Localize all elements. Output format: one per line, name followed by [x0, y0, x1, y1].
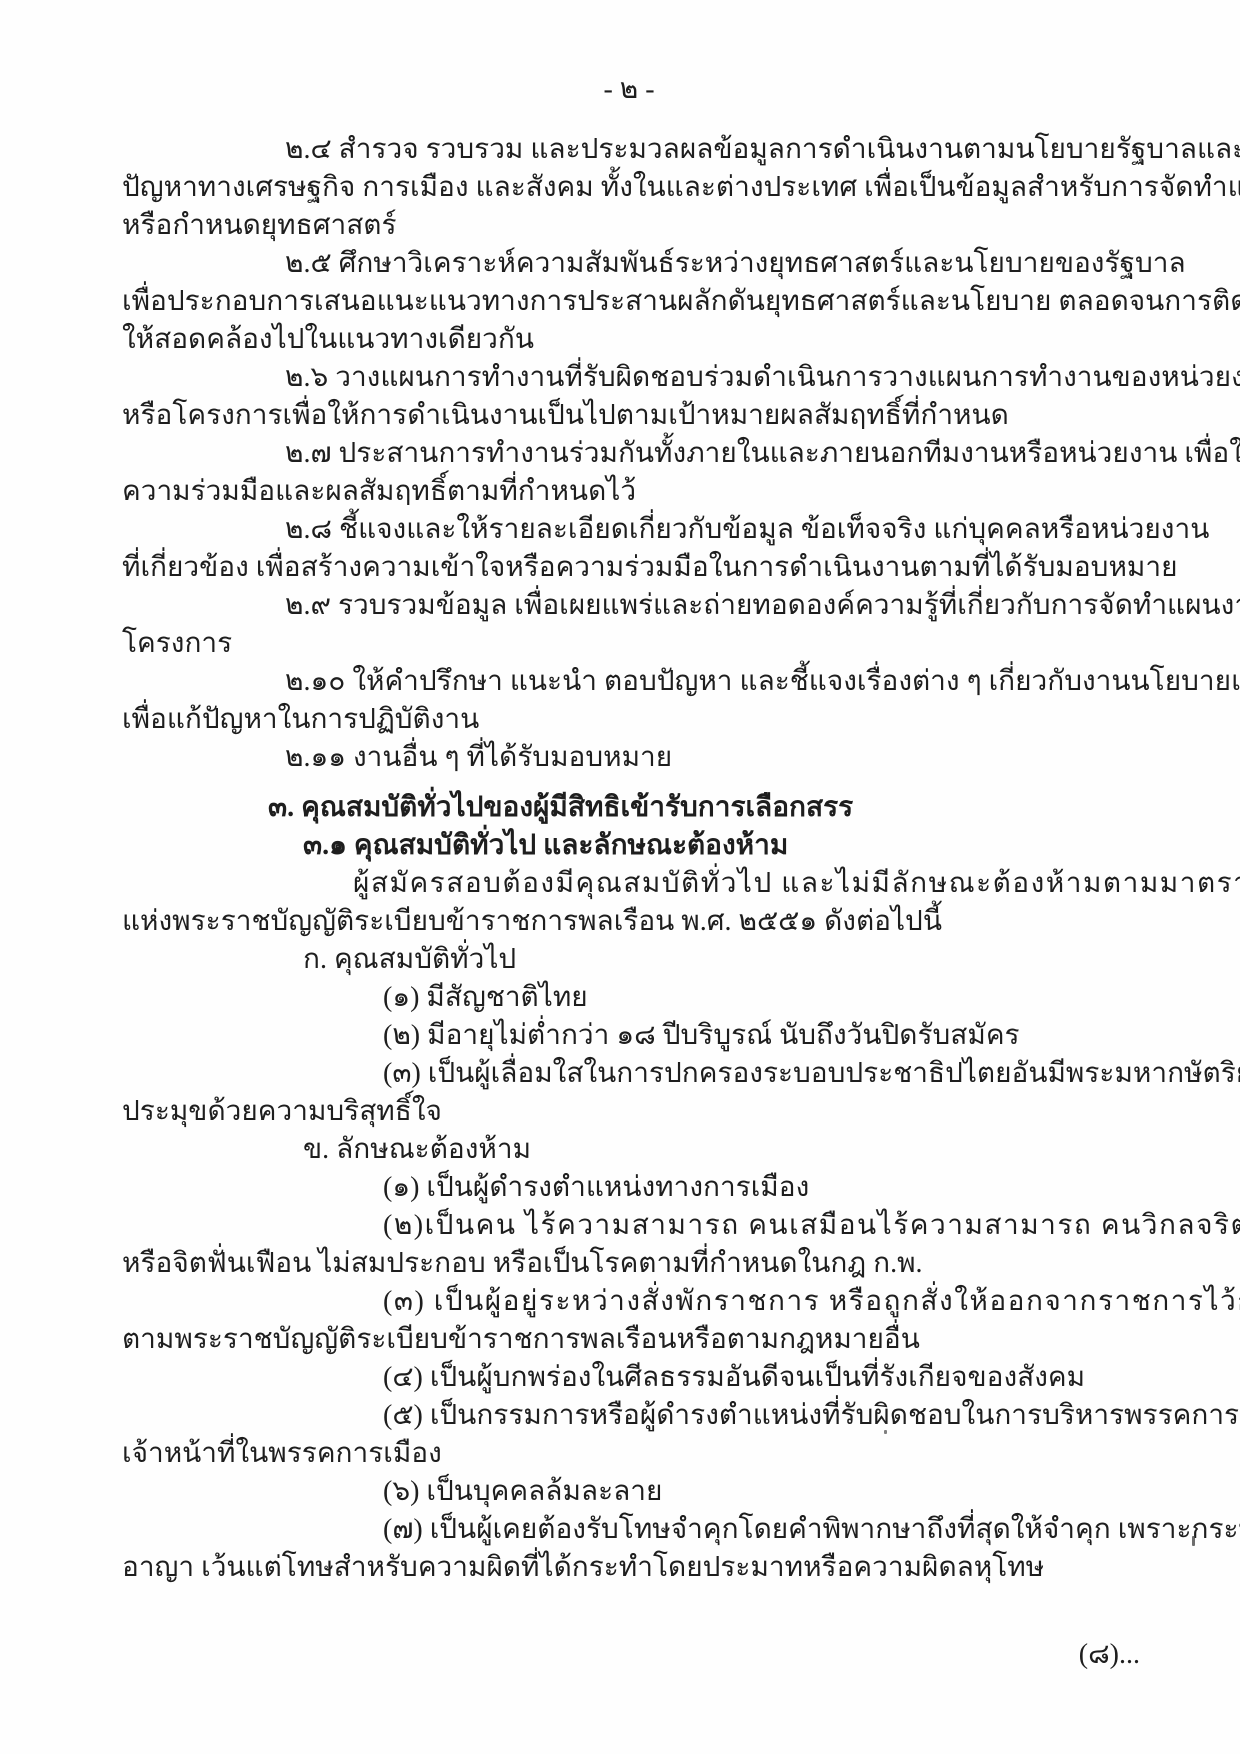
duty-item-2-11: ๒.๑๑ งานอื่น ๆ ที่ได้รับมอบหมาย — [122, 739, 1136, 777]
duty-item-2-10-line1: ๒.๑๐ ให้คำปรึกษา แนะนำ ตอบปัญหา และชี้แจ… — [122, 663, 1136, 701]
prohibited-item-5-line1: (๕) เป็นกรรมการหรือผู้ดำรงตำแหน่งที่รับผ… — [122, 1397, 1136, 1435]
page-continuation-marker: (๘)... — [1079, 1636, 1140, 1674]
section-3-heading: ๓. คุณสมบัติทั่วไปของผู้มีสิทธิเข้ารับกา… — [122, 789, 1136, 827]
duty-item-2-5-line2: เพื่อประกอบการเสนอแนะแนวทางการประสานผลัก… — [122, 283, 1136, 321]
duty-item-2-6-line1: ๒.๖ วางแผนการทำงานที่รับผิดชอบร่วมดำเนิน… — [122, 359, 1136, 397]
prohibited-item-7-line1: (๗) เป็นผู้เคยต้องรับโทษจำคุกโดยคำพิพากษ… — [122, 1511, 1136, 1549]
duty-item-2-9-line1: ๒.๙ รวบรวมข้อมูล เพื่อเผยแพร่และถ่ายทอดอ… — [122, 587, 1136, 625]
subsection-ko-heading: ก. คุณสมบัติทั่วไป — [122, 941, 1136, 979]
section-3-1-heading: ๓.๑ คุณสมบัติทั่วไป และลักษณะต้องห้าม — [122, 827, 1136, 865]
qualification-intro-line1: ผู้สมัครสอบต้องมีคุณสมบัติทั่วไป และไม่ม… — [122, 865, 1136, 903]
document-page: - ๒ - ๒.๔ สำรวจ รวบรวม และประมวลผลข้อมูล… — [0, 0, 1240, 1754]
page-content: - ๒ - ๒.๔ สำรวจ รวบรวม และประมวลผลข้อมูล… — [122, 0, 1136, 1587]
prohibited-item-5-line2: เจ้าหน้าที่ในพรรคการเมือง — [122, 1435, 1136, 1473]
prohibited-item-4: (๔) เป็นผู้บกพร่องในศีลธรรมอันดีจนเป็นที… — [122, 1359, 1136, 1397]
subsection-kho-heading: ข. ลักษณะต้องห้าม — [122, 1131, 1136, 1169]
duty-item-2-4-line1: ๒.๔ สำรวจ รวบรวม และประมวลผลข้อมูลการดำเ… — [122, 131, 1136, 169]
prohibited-item-3-line2: ตามพระราชบัญญัติระเบียบข้าราชการพลเรือนห… — [122, 1321, 1136, 1359]
general-qual-item-3-line1: (๓) เป็นผู้เลื่อมใสในการปกครองระบอบประชา… — [122, 1055, 1136, 1093]
prohibited-item-2-line2: หรือจิตฟั่นเฟือน ไม่สมประกอบ หรือเป็นโรค… — [122, 1245, 1136, 1283]
prohibited-item-1: (๑) เป็นผู้ดำรงตำแหน่งทางการเมือง — [122, 1169, 1136, 1207]
duty-item-2-10-line2: เพื่อแก้ปัญหาในการปฏิบัติงาน — [122, 701, 1136, 739]
duty-item-2-4-line2: ปัญหาทางเศรษฐกิจ การเมือง และสังคม ทั้งใ… — [122, 169, 1136, 207]
prohibited-item-3-line1: (๓) เป็นผู้อยู่ระหว่างสั่งพักราชการ หรือ… — [122, 1283, 1136, 1321]
general-qual-item-3-line2: ประมุขด้วยความบริสุทธิ์ใจ — [122, 1093, 1136, 1131]
prohibited-item-6: (๖) เป็นบุคคลล้มละลาย — [122, 1473, 1136, 1511]
scan-speck — [1192, 1536, 1195, 1546]
general-qual-item-1: (๑) มีสัญชาติไทย — [122, 979, 1136, 1017]
duty-item-2-7-line2: ความร่วมมือและผลสัมฤทธิ์ตามที่กำหนดไว้ — [122, 473, 1136, 511]
duty-item-2-5-line1: ๒.๕ ศึกษาวิเคราะห์ความสัมพันธ์ระหว่างยุท… — [122, 245, 1136, 283]
duty-item-2-6-line2: หรือโครงการเพื่อให้การดำเนินงานเป็นไปตาม… — [122, 397, 1136, 435]
duty-item-2-4-line3: หรือกำหนดยุทธศาสตร์ — [122, 207, 1136, 245]
page-number: - ๒ - — [122, 71, 1136, 109]
duty-item-2-7-line1: ๒.๗ ประสานการทำงานร่วมกันทั้งภายในและภาย… — [122, 435, 1136, 473]
prohibited-item-7-line2: อาญา เว้นแต่โทษสำหรับความผิดที่ได้กระทำโ… — [122, 1549, 1136, 1587]
general-qual-item-2: (๒) มีอายุไม่ต่ำกว่า ๑๘ ปีบริบูรณ์ นับถึ… — [122, 1017, 1136, 1055]
qualification-intro-line2: แห่งพระราชบัญญัติระเบียบข้าราชการพลเรือน… — [122, 903, 1136, 941]
prohibited-item-2-line1: (๒)เป็นคน ไร้ความสามารถ คนเสมือนไร้ความส… — [122, 1207, 1136, 1245]
duty-item-2-9-line2: โครงการ — [122, 625, 1136, 663]
duty-item-2-5-line3: ให้สอดคล้องไปในแนวทางเดียวกัน — [122, 321, 1136, 359]
scan-speck — [884, 1430, 887, 1434]
duty-item-2-8-line1: ๒.๘ ชี้แจงและให้รายละเอียดเกี่ยวกับข้อมู… — [122, 511, 1136, 549]
duty-item-2-8-line2: ที่เกี่ยวข้อง เพื่อสร้างความเข้าใจหรือคว… — [122, 549, 1136, 587]
